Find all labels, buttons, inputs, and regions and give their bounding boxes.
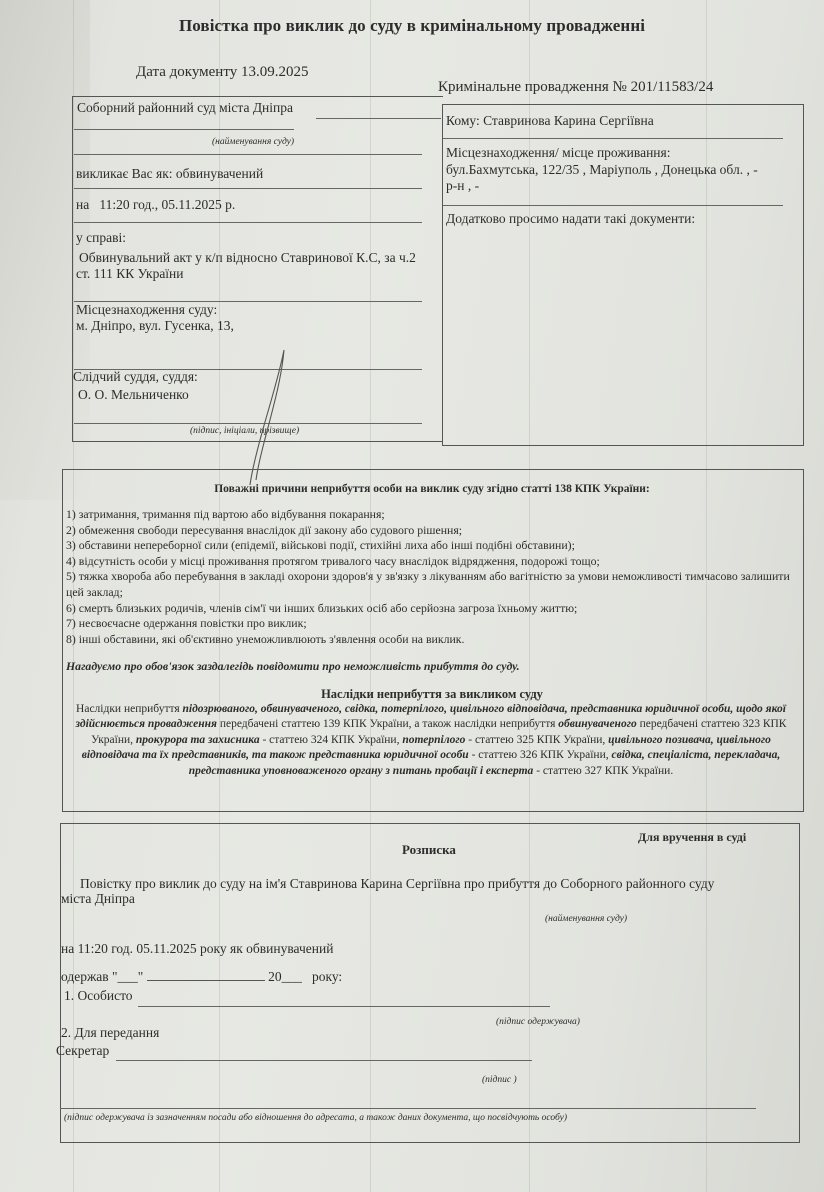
text-fragment: - статтею 324 КПК України,: [260, 734, 403, 746]
summons-as: викликає Вас як: обвинувачений: [76, 166, 263, 182]
reason-item: 2) обмеження свободи пересування внаслід…: [66, 523, 796, 539]
reasons-heading: Поважні причини неприбуття особи на викл…: [62, 483, 802, 495]
consequences-heading: Наслідки неприбуття за викликом суду: [62, 687, 802, 702]
underline: [316, 118, 441, 119]
recipient-signature-caption: (підпис одержувача): [496, 1017, 580, 1027]
reason-item: 8) інші обставини, які об'єктивно унемож…: [66, 632, 796, 648]
divider: [74, 222, 422, 223]
recipient-label: Кому:: [446, 113, 480, 128]
personally-label: 1. Особисто: [64, 988, 133, 1004]
secretary-signature-line[interactable]: [116, 1060, 532, 1061]
reason-item: 5) тяжка хвороба або перебування в закла…: [66, 569, 796, 600]
document-title: Повістка про виклик до суду в кримінальн…: [0, 16, 824, 36]
text-fragment: - статтею 326 КПК України,: [469, 749, 612, 761]
receipt-court-caption: (найменування суду): [545, 914, 627, 924]
transfer-label: 2. Для передання: [61, 1025, 159, 1041]
receipt-line-2: міста Дніпра: [61, 891, 135, 907]
judge-name: О. О. Мельниченко: [78, 387, 189, 403]
documents-request: Додатково просимо надати такі документи:: [446, 211, 695, 227]
received-label: одержав: [61, 969, 109, 984]
text-fragment: прокурора та захисника: [136, 734, 260, 746]
residence-line-2: р-н , -: [446, 178, 479, 194]
case-label: у справі:: [76, 230, 126, 246]
received-year[interactable]: 20___: [268, 969, 302, 984]
reason-item: 4) відсутність особи у місці проживання …: [66, 554, 796, 570]
recipient: Кому: Ставринова Карина Сергіївна: [446, 113, 654, 129]
summons-as-label: викликає Вас як:: [76, 166, 173, 181]
time-prefix: на: [76, 197, 89, 212]
consequences-text: Наслідки неприбуття підозрюваного, обвин…: [66, 702, 796, 779]
reason-item: 3) обставини непереборної сили (епідемії…: [66, 538, 796, 554]
divider: [443, 205, 783, 206]
court-name: Соборний районний суд міста Дніпра: [77, 100, 293, 116]
received-date-line: одержав "___" 20___ року:: [61, 968, 342, 985]
secretary-label: Секретар: [56, 1043, 109, 1059]
time-value: 11:20 год., 05.11.2025 р.: [99, 197, 235, 212]
text-fragment: передбачені статтею 139 КПК України, а т…: [217, 718, 558, 730]
text-fragment: - статтею 325 КПК України,: [465, 734, 608, 746]
court-location-label: Місцезнаходження суду:: [76, 302, 217, 318]
reason-item: 1) затримання, тримання під вартою або в…: [66, 507, 796, 523]
recipient-name: Ставринова Карина Сергіївна: [483, 113, 654, 128]
case-number-value: 201/11583/24: [631, 79, 714, 95]
underline: [74, 129, 294, 130]
court-location-value: м. Дніпро, вул. Гусенка, 13,: [76, 318, 234, 334]
case-description-line-1: Обвинувальний акт у к/п відносно Ставрин…: [79, 250, 416, 266]
court-name-caption: (найменування суду): [212, 137, 294, 147]
received-month-blank[interactable]: [147, 968, 265, 981]
divider: [74, 154, 422, 155]
divider: [443, 138, 783, 139]
received-day-blank[interactable]: "___": [112, 969, 143, 984]
secretary-signature-caption: (підпис ): [482, 1075, 517, 1085]
appearance-time: на 11:20 год., 05.11.2025 р.: [76, 197, 235, 213]
residence-line-1: бул.Бахмутська, 122/35 , Маріуполь , Дон…: [446, 162, 758, 178]
residence-label: Місцезнаходження/ місце проживання:: [446, 145, 670, 161]
recipient-signature-line[interactable]: [138, 1006, 550, 1007]
received-year-suffix: року:: [312, 969, 342, 984]
document-date: Дата документу 13.09.2025: [136, 64, 308, 81]
case-label: Кримінальне провадження №: [438, 79, 627, 95]
receipt-title: Розписка: [60, 842, 798, 858]
reminder-note: Нагадуємо про обов'язок заздалегідь пові…: [66, 659, 520, 674]
case-number: Кримінальне провадження № 201/11583/24: [438, 79, 713, 96]
reason-item: 7) несвоєчасне одержання повістки про ви…: [66, 616, 796, 632]
receipt-time-line: на 11:20 год. 05.11.2025 року як обвинув…: [61, 941, 333, 957]
reasons-list: 1) затримання, тримання під вартою або в…: [66, 507, 796, 647]
text-fragment: Наслідки неприбуття: [76, 703, 182, 715]
date-value: 13.09.2025: [241, 64, 309, 80]
text-fragment: обвинуваченого: [558, 718, 636, 730]
text-fragment: потерпілого: [402, 734, 465, 746]
text-fragment: - статтею 327 КПК України.: [533, 765, 673, 777]
judge-label: Слідчий суддя, суддя:: [73, 369, 198, 385]
final-signature-line[interactable]: [60, 1108, 756, 1109]
divider: [74, 188, 422, 189]
final-signature-caption: (підпис одержувача із зазначенням посади…: [64, 1113, 567, 1123]
summons-as-value: обвинувачений: [176, 166, 263, 181]
reason-item: 6) смерть близьких родичів, членів сім'ї…: [66, 601, 796, 617]
receipt-line-1: Повістку про виклик до суду на ім'я Став…: [80, 876, 714, 892]
date-label: Дата документу: [136, 64, 237, 80]
case-description-line-2: ст. 111 КК України: [76, 266, 184, 282]
